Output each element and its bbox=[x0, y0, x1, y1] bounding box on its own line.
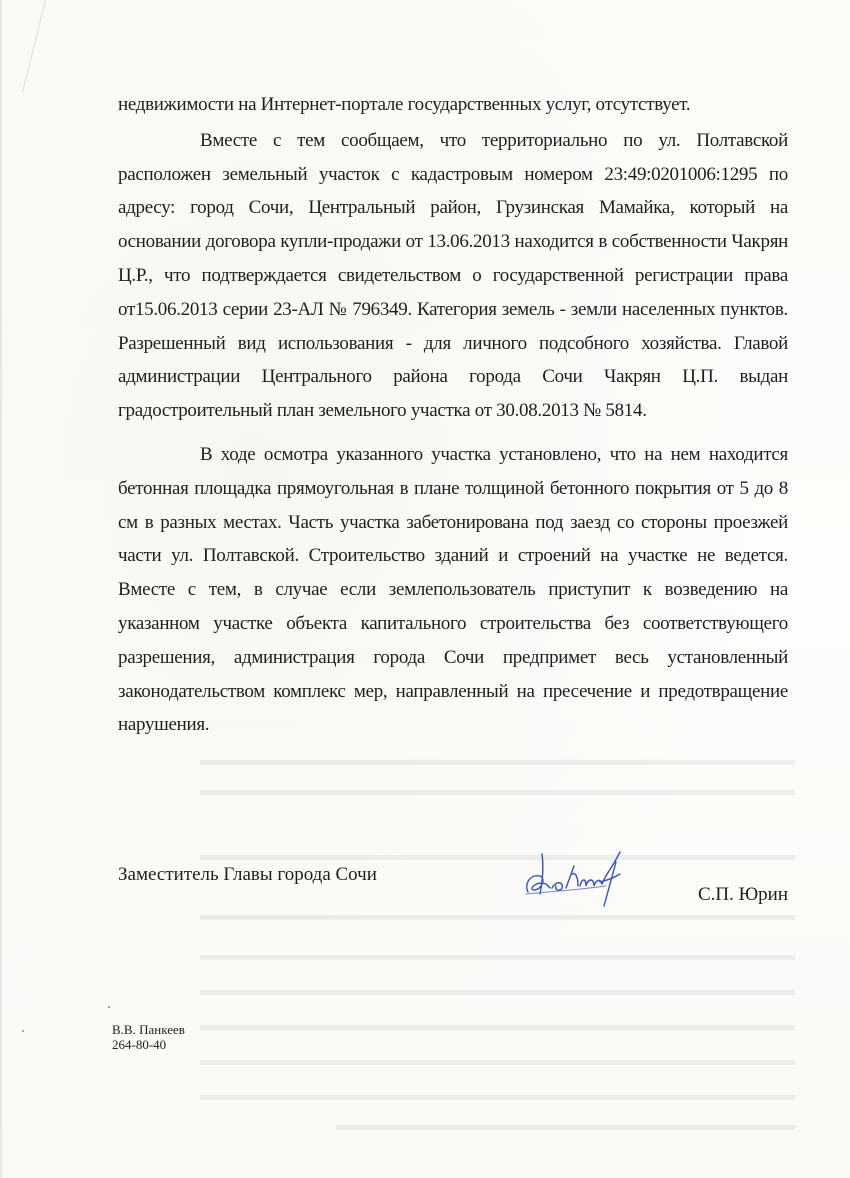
paragraph-inspection: В ходе осмотра указанного участка устано… bbox=[118, 438, 788, 742]
signature-block: Заместитель Главы города Сочи С.П. Юрин bbox=[118, 864, 788, 924]
scan-edge bbox=[0, 0, 2, 1178]
scan-speck bbox=[108, 1006, 110, 1008]
scanned-page: ▬▬▬▬▬▬▬▬▬▬▬▬▬▬▬▬▬▬▬▬▬▬▬▬▬▬▬▬▬▬▬▬▬▬▬ ▬▬▬▬… bbox=[0, 0, 850, 1178]
bleed-through-text: ▬▬▬▬▬▬▬▬▬▬▬▬▬▬▬▬▬▬▬▬▬▬▬▬▬▬▬ bbox=[115, 1110, 795, 1140]
executor-phone: 264-80-40 bbox=[112, 1037, 185, 1052]
executor-name: В.В. Панкеев bbox=[112, 1022, 185, 1037]
bleed-through-text: ▬▬▬▬▬▬▬▬▬▬▬▬▬▬▬▬▬▬▬▬▬▬▬▬▬▬▬▬▬▬▬▬▬▬▬ bbox=[115, 1080, 795, 1110]
signatory-position: Заместитель Главы города Сочи bbox=[118, 864, 377, 886]
bleed-through-text: ▬▬▬▬▬▬▬▬▬▬▬▬▬▬▬▬▬▬▬▬▬▬▬▬▬▬▬▬▬▬▬▬▬▬▬ bbox=[115, 775, 795, 805]
bleed-through-text: ▬▬▬▬▬▬▬▬▬▬▬▬▬▬▬▬▬▬▬▬▬▬▬▬▬▬▬▬▬▬▬▬▬▬▬ bbox=[115, 940, 795, 970]
continuation-line: недвижимости на Интернет-портале государ… bbox=[118, 88, 788, 122]
bleed-through-text: ▬▬▬▬▬▬▬▬▬▬▬▬▬▬▬▬▬▬▬▬▬▬▬▬▬▬▬▬▬▬▬▬▬▬▬ bbox=[115, 975, 795, 1005]
bleed-through-text: ▬▬▬▬▬▬▬▬▬▬▬▬▬▬▬▬▬▬▬▬▬▬▬▬▬▬▬▬▬▬▬▬▬▬▬ bbox=[115, 1010, 795, 1040]
scan-speck bbox=[22, 1030, 24, 1032]
bleed-through-text: ▬▬▬▬▬▬▬▬▬▬▬▬▬▬▬▬▬▬▬▬▬▬▬▬▬▬▬▬▬▬▬▬▬▬▬ bbox=[115, 745, 795, 775]
handwritten-signature-icon bbox=[516, 844, 646, 912]
paragraph-land-plot: Вместе с тем сообщаем, что территориальн… bbox=[118, 124, 788, 428]
letter-body: недвижимости на Интернет-портале государ… bbox=[118, 88, 788, 742]
bleed-through-text: ▬▬▬▬▬▬▬▬▬▬▬▬▬▬▬▬▬▬▬▬▬▬▬▬▬▬▬▬▬▬▬▬▬▬▬ bbox=[115, 1045, 795, 1075]
scan-artifact-line bbox=[22, 0, 46, 92]
executor-block: В.В. Панкеев 264-80-40 bbox=[112, 1022, 185, 1052]
signatory-name: С.П. Юрин bbox=[698, 884, 788, 906]
